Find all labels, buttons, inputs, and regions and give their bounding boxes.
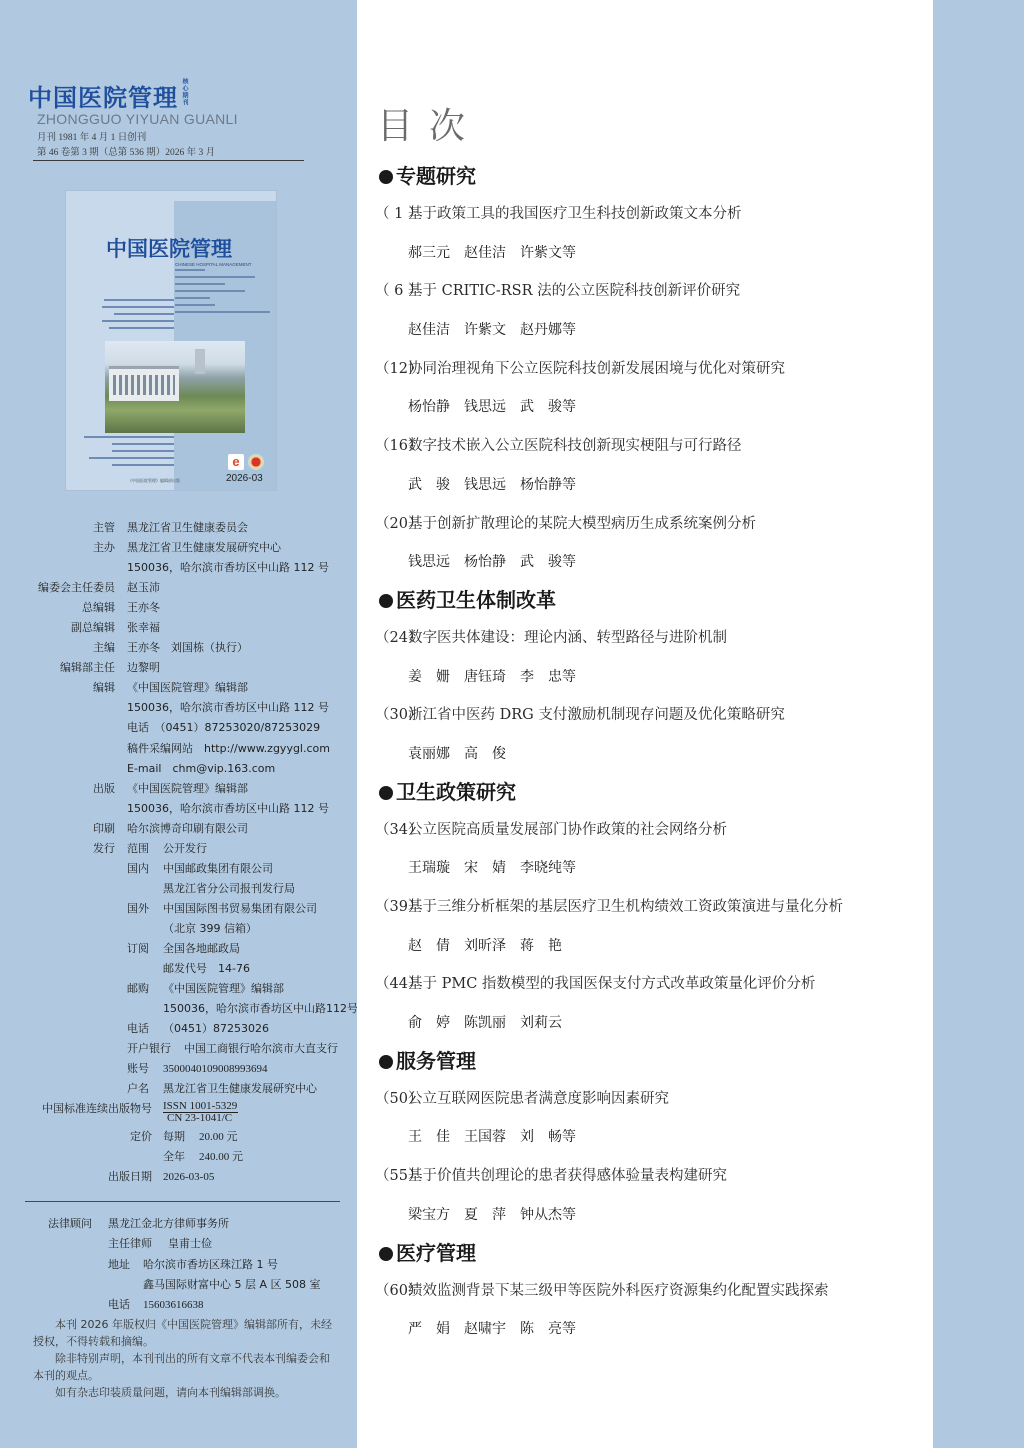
table-of-contents-page: 目次 专题研究（ 1 ）基于政策工具的我国医疗卫生科技创新政策文本分析郝三元 赵… bbox=[357, 0, 933, 1448]
article-title: 协同治理视角下公立医院科技创新发展困境与优化对策研究 bbox=[408, 361, 785, 377]
serial-number-row: 中国标准连续出版物号 ISSN 1001-5329 CN 23-1041/C bbox=[0, 1099, 357, 1127]
article-title: 公立互联网医院患者满意度影响因素研究 bbox=[408, 1091, 669, 1107]
distribution-row: 邮购《中国医院管理》编辑部 bbox=[0, 979, 357, 999]
price-row: 全年240.00 元 bbox=[0, 1147, 357, 1167]
page-number: （60） bbox=[375, 1272, 408, 1310]
distribution-row: 开户银行中国工商银行哈尔滨市大直支行 bbox=[0, 1039, 357, 1059]
article-authors: 王 佳 王国蓉 刘 畅等 bbox=[375, 1118, 935, 1157]
cover-article-lines-bottom bbox=[74, 436, 174, 471]
cover-publisher: 《中国医院管理》编辑部出版 bbox=[128, 478, 180, 484]
page-number: （55） bbox=[375, 1157, 408, 1195]
toc-title: 目次 bbox=[377, 98, 481, 149]
article-title: 数字技术嵌入公立医院科技创新现实梗阻与可行路径 bbox=[408, 438, 742, 454]
page-number: （ 6 ） bbox=[375, 272, 408, 310]
toc-section-heading: 服务管理 bbox=[375, 1043, 935, 1080]
cover-issue: 2026-03 bbox=[226, 473, 263, 484]
toc-article[interactable]: （20）基于创新扩散理论的某院大模型病历生成系统案例分析 bbox=[375, 505, 935, 544]
info-row: 编委会主任委员赵玉沛 bbox=[0, 578, 357, 598]
core-journal-tag: 核心期刊 bbox=[180, 78, 189, 106]
toc-article[interactable]: （24）数字医共体建设：理论内涵、转型路径与进阶机制 bbox=[375, 619, 935, 658]
page-number: （50） bbox=[375, 1080, 408, 1118]
page-number: （30） bbox=[375, 696, 408, 734]
founded-line: 月刊 1981 年 4 月 1 日创刊 bbox=[37, 129, 146, 143]
bullet-icon bbox=[379, 786, 393, 800]
toc-section-heading: 专题研究 bbox=[375, 158, 935, 195]
toc-article[interactable]: （12）协同治理视角下公立医院科技创新发展困境与优化对策研究 bbox=[375, 350, 935, 389]
cover-english-title: CHINESE HOSPITAL MANAGEMENT bbox=[175, 262, 252, 267]
article-title: 基于 PMC 指数模型的我国医保支付方式改革政策量化评价分析 bbox=[408, 976, 815, 992]
article-authors: 赵佳洁 许紫文 赵丹娜等 bbox=[375, 311, 935, 350]
cover-hospital-photo bbox=[105, 341, 245, 433]
article-title: 基于 CRITIC-RSR 法的公立医院科技创新评价研究 bbox=[408, 283, 740, 299]
bullet-icon bbox=[379, 1055, 393, 1069]
info-row: 副总编辑张幸福 bbox=[0, 618, 357, 638]
copyright-notice: 本刊 2026 年版权归《中国医院管理》编辑部所有，未经授权，不得转载和摘编。 … bbox=[33, 1316, 333, 1401]
article-authors: 俞 婷 陈凯丽 刘莉云 bbox=[375, 1004, 935, 1043]
cover-logo-icon: e bbox=[228, 454, 244, 470]
toc-article[interactable]: （50）公立互联网医院患者满意度影响因素研究 bbox=[375, 1080, 935, 1119]
toc-section-heading: 卫生政策研究 bbox=[375, 774, 935, 811]
toc-article[interactable]: （60）绩效监测背景下某三级甲等医院外科医疗资源集约化配置实践探索 bbox=[375, 1272, 935, 1311]
page-number: （16） bbox=[375, 427, 408, 465]
article-title: 公立医院高质量发展部门协作政策的社会网络分析 bbox=[408, 822, 727, 838]
article-authors: 郝三元 赵佳洁 许紫文等 bbox=[375, 234, 935, 273]
distribution-row: 国内中国邮政集团有限公司 bbox=[0, 859, 357, 879]
distribution-row: 邮发代号 14-76 bbox=[0, 959, 357, 979]
page-number: （12） bbox=[375, 350, 408, 388]
distribution-row: （北京 399 信箱） bbox=[0, 919, 357, 939]
cover-article-lines bbox=[101, 299, 174, 334]
toc-article[interactable]: （ 6 ）基于 CRITIC-RSR 法的公立医院科技创新评价研究 bbox=[375, 272, 935, 311]
info-row: 编辑部主任边黎明 bbox=[0, 658, 357, 678]
issn-cn: ISSN 1001-5329 CN 23-1041/C bbox=[163, 1101, 238, 1124]
price-row: 定价每期20.00 元 bbox=[0, 1127, 357, 1147]
volume-line: 第 46 卷第 3 期（总第 536 期）2026 年 3 月 bbox=[37, 144, 215, 158]
article-title: 基于创新扩散理论的某院大模型病历生成系统案例分析 bbox=[408, 516, 756, 532]
article-title: 浙江省中医药 DRG 支付激励机制现存问题及优化策略研究 bbox=[408, 707, 785, 723]
info-row: 150036，哈尔滨市香坊区中山路 112 号 bbox=[0, 799, 357, 819]
right-margin-stripe bbox=[933, 0, 1024, 1448]
cover-thumbnail: 中国医院管理 CHINESE HOSPITAL MANAGEMENT e 202… bbox=[65, 190, 277, 491]
info-row: 主管黑龙江省卫生健康委员会 bbox=[0, 518, 357, 538]
cover-text-lines bbox=[175, 269, 270, 318]
cover-emblem-icon bbox=[248, 454, 264, 470]
info-row: 主办黑龙江省卫生健康发展研究中心 bbox=[0, 538, 357, 558]
info-row: 电话 （0451）87253020/87253029 bbox=[0, 718, 357, 738]
toc-article[interactable]: （39）基于三维分析框架的基层医疗卫生机构绩效工资政策演进与量化分析 bbox=[375, 888, 935, 927]
article-authors: 严 娟 赵啸宇 陈 亮等 bbox=[375, 1310, 935, 1349]
article-title: 基于价值共创理论的患者获得感体验量表构建研究 bbox=[408, 1168, 727, 1184]
page-number: （ 1 ） bbox=[375, 195, 408, 233]
publication-info: 主管黑龙江省卫生健康委员会 主办黑龙江省卫生健康发展研究中心 150036，哈尔… bbox=[0, 518, 357, 1188]
toc-article[interactable]: （30）浙江省中医药 DRG 支付激励机制现存问题及优化策略研究 bbox=[375, 696, 935, 735]
journal-logo: 中国医院管理核心期刊 bbox=[28, 78, 189, 113]
toc-section-heading: 医疗管理 bbox=[375, 1235, 935, 1272]
info-row: 稿件采编网站 http://www.zgyygl.com bbox=[0, 739, 357, 759]
article-authors: 赵 倩 刘昕泽 蒋 艳 bbox=[375, 927, 935, 966]
article-title: 基于政策工具的我国医疗卫生科技创新政策文本分析 bbox=[408, 206, 742, 222]
journal-pinyin: ZHONGGUO YIYUAN GUANLI bbox=[37, 111, 238, 127]
toc-article[interactable]: （55）基于价值共创理论的患者获得感体验量表构建研究 bbox=[375, 1157, 935, 1196]
distribution-row: 电话（0451）87253026 bbox=[0, 1019, 357, 1039]
article-authors: 王瑞璇 宋 婧 李晓纯等 bbox=[375, 849, 935, 888]
article-title: 数字医共体建设：理论内涵、转型路径与进阶机制 bbox=[408, 630, 727, 646]
article-authors: 姜 姗 唐钰琦 李 忠等 bbox=[375, 658, 935, 697]
article-authors: 钱思远 杨怡静 武 骏等 bbox=[375, 543, 935, 582]
page-number: （44） bbox=[375, 965, 408, 1003]
info-row: 150036，哈尔滨市香坊区中山路 112 号 bbox=[0, 558, 357, 578]
toc-article[interactable]: （16）数字技术嵌入公立医院科技创新现实梗阻与可行路径 bbox=[375, 427, 935, 466]
info-divider bbox=[25, 1201, 340, 1202]
info-row: E-mail chm@vip.163.com bbox=[0, 759, 357, 779]
article-authors: 袁丽娜 高 俊 bbox=[375, 735, 935, 774]
legal-counsel: 法律顾问黑龙江金北方律师事务所 主任律师皇甫士俭 地址哈尔滨市香坊区珠江路 1 … bbox=[0, 1214, 357, 1315]
journal-title: 中国医院管理 bbox=[28, 83, 178, 112]
page-number: （24） bbox=[375, 619, 408, 657]
info-row: 总编辑王亦冬 bbox=[0, 598, 357, 618]
toc-article[interactable]: （44）基于 PMC 指数模型的我国医保支付方式改革政策量化评价分析 bbox=[375, 965, 935, 1004]
article-title: 基于三维分析框架的基层医疗卫生机构绩效工资政策演进与量化分析 bbox=[408, 899, 843, 915]
toc-list: 专题研究（ 1 ）基于政策工具的我国医疗卫生科技创新政策文本分析郝三元 赵佳洁 … bbox=[375, 158, 935, 1349]
masthead-divider bbox=[33, 160, 304, 161]
bullet-icon bbox=[379, 170, 393, 184]
bullet-icon bbox=[379, 1247, 393, 1261]
article-authors: 杨怡静 钱思远 武 骏等 bbox=[375, 388, 935, 427]
bullet-icon bbox=[379, 594, 393, 608]
toc-section-heading: 医药卫生体制改革 bbox=[375, 582, 935, 619]
distribution-row: 订阅全国各地邮政局 bbox=[0, 939, 357, 959]
info-row: 编辑《中国医院管理》编辑部 bbox=[0, 678, 357, 698]
page-number: （39） bbox=[375, 888, 408, 926]
distribution-row: 150036，哈尔滨市香坊区中山路112号 bbox=[0, 999, 357, 1019]
info-row: 主编王亦冬 刘国栋（执行） bbox=[0, 638, 357, 658]
left-info-panel: 中国医院管理核心期刊 ZHONGGUO YIYUAN GUANLI 月刊 198… bbox=[0, 0, 357, 1448]
distribution-row: 黑龙江省分公司报刊发行局 bbox=[0, 879, 357, 899]
distribution-row: 发行范围公开发行 bbox=[0, 839, 357, 859]
distribution-row: 账号3500040109008993694 bbox=[0, 1059, 357, 1079]
toc-article[interactable]: （34）公立医院高质量发展部门协作政策的社会网络分析 bbox=[375, 811, 935, 850]
info-row: 出版《中国医院管理》编辑部 bbox=[0, 779, 357, 799]
distribution-row: 户名黑龙江省卫生健康发展研究中心 bbox=[0, 1079, 357, 1099]
info-row: 150036，哈尔滨市香坊区中山路 112 号 bbox=[0, 698, 357, 718]
article-authors: 武 骏 钱思远 杨怡静等 bbox=[375, 466, 935, 505]
info-row: 印刷哈尔滨博奇印刷有限公司 bbox=[0, 819, 357, 839]
toc-article[interactable]: （ 1 ）基于政策工具的我国医疗卫生科技创新政策文本分析 bbox=[375, 195, 935, 234]
page-number: （20） bbox=[375, 505, 408, 543]
cn: CN 23-1041/C bbox=[163, 1113, 238, 1124]
page-number: （34） bbox=[375, 811, 408, 849]
article-authors: 梁宝方 夏 萍 钟从杰等 bbox=[375, 1196, 935, 1235]
article-title: 绩效监测背景下某三级甲等医院外科医疗资源集约化配置实践探索 bbox=[408, 1283, 829, 1299]
distribution-row: 国外中国国际图书贸易集团有限公司 bbox=[0, 899, 357, 919]
pub-date-row: 出版日期2026-03-05 bbox=[0, 1167, 357, 1187]
cover-title: 中国医院管理 bbox=[106, 233, 232, 263]
